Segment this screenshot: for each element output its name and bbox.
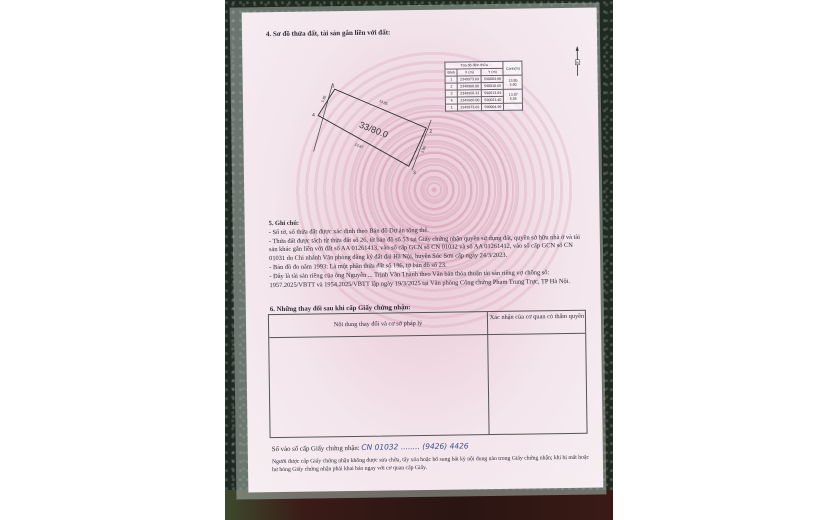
section4-title: 4. Sơ đồ thửa đất, tài sản gắn liền với … [266,28,390,38]
registry-line: Số vào sổ cấp Giấy chứng nhận: CN 01032 … [272,441,469,453]
svg-text:5.80: 5.80 [420,146,426,154]
svg-text:1: 1 [332,83,335,89]
parcel-diagram: 33/80.0 1 2 3 4 13.85 5.80 13.87 5.85 [302,70,454,182]
registry-label: Số vào sổ cấp Giấy chứng nhận: [272,445,360,453]
coord-table-row: 12349973.69590004.98 [445,103,522,111]
svg-text:3: 3 [413,170,416,176]
warning-text: Người được cấp Giấy chứng nhận không đượ… [272,454,594,474]
svg-text:2: 2 [429,129,432,135]
north-arrow-icon: B [572,46,582,78]
land-certificate-page: 4. Sơ đồ thửa đất, tài sản gắn liền với … [242,8,604,493]
svg-text:B: B [576,60,579,65]
changes-col-confirmation: Xác nhận của cơ quan có thẩm quyền [489,313,585,322]
coord-header-edge: Cạnh(m) [503,61,522,75]
changes-table: Nội dung thay đổi và cơ sở pháp lý Xác n… [268,310,588,438]
svg-text:13.87: 13.87 [354,142,364,149]
registry-handwritten-number: CN 01032 ........ (9426) 4426 [361,441,468,451]
coordinate-table: Tọa độ đỉnh thửa Cạnh(m) Đỉnh X (m) Y (m… [444,61,523,112]
svg-text:5.85: 5.85 [321,95,327,103]
svg-text:4: 4 [312,112,315,118]
note-item: - Đây là tài sản riêng của ông Nguyễn ..… [269,268,589,290]
svg-text:33/80.0: 33/80.0 [358,120,390,140]
watermark: Bất động sản [377,266,421,274]
notes-section: 5. Ghi chú: - Số tờ, số thửa đất được xá… [269,216,590,291]
document-photo: 4. Sơ đồ thửa đất, tài sản gắn liền với … [225,0,613,520]
svg-text:13.85: 13.85 [378,99,388,106]
